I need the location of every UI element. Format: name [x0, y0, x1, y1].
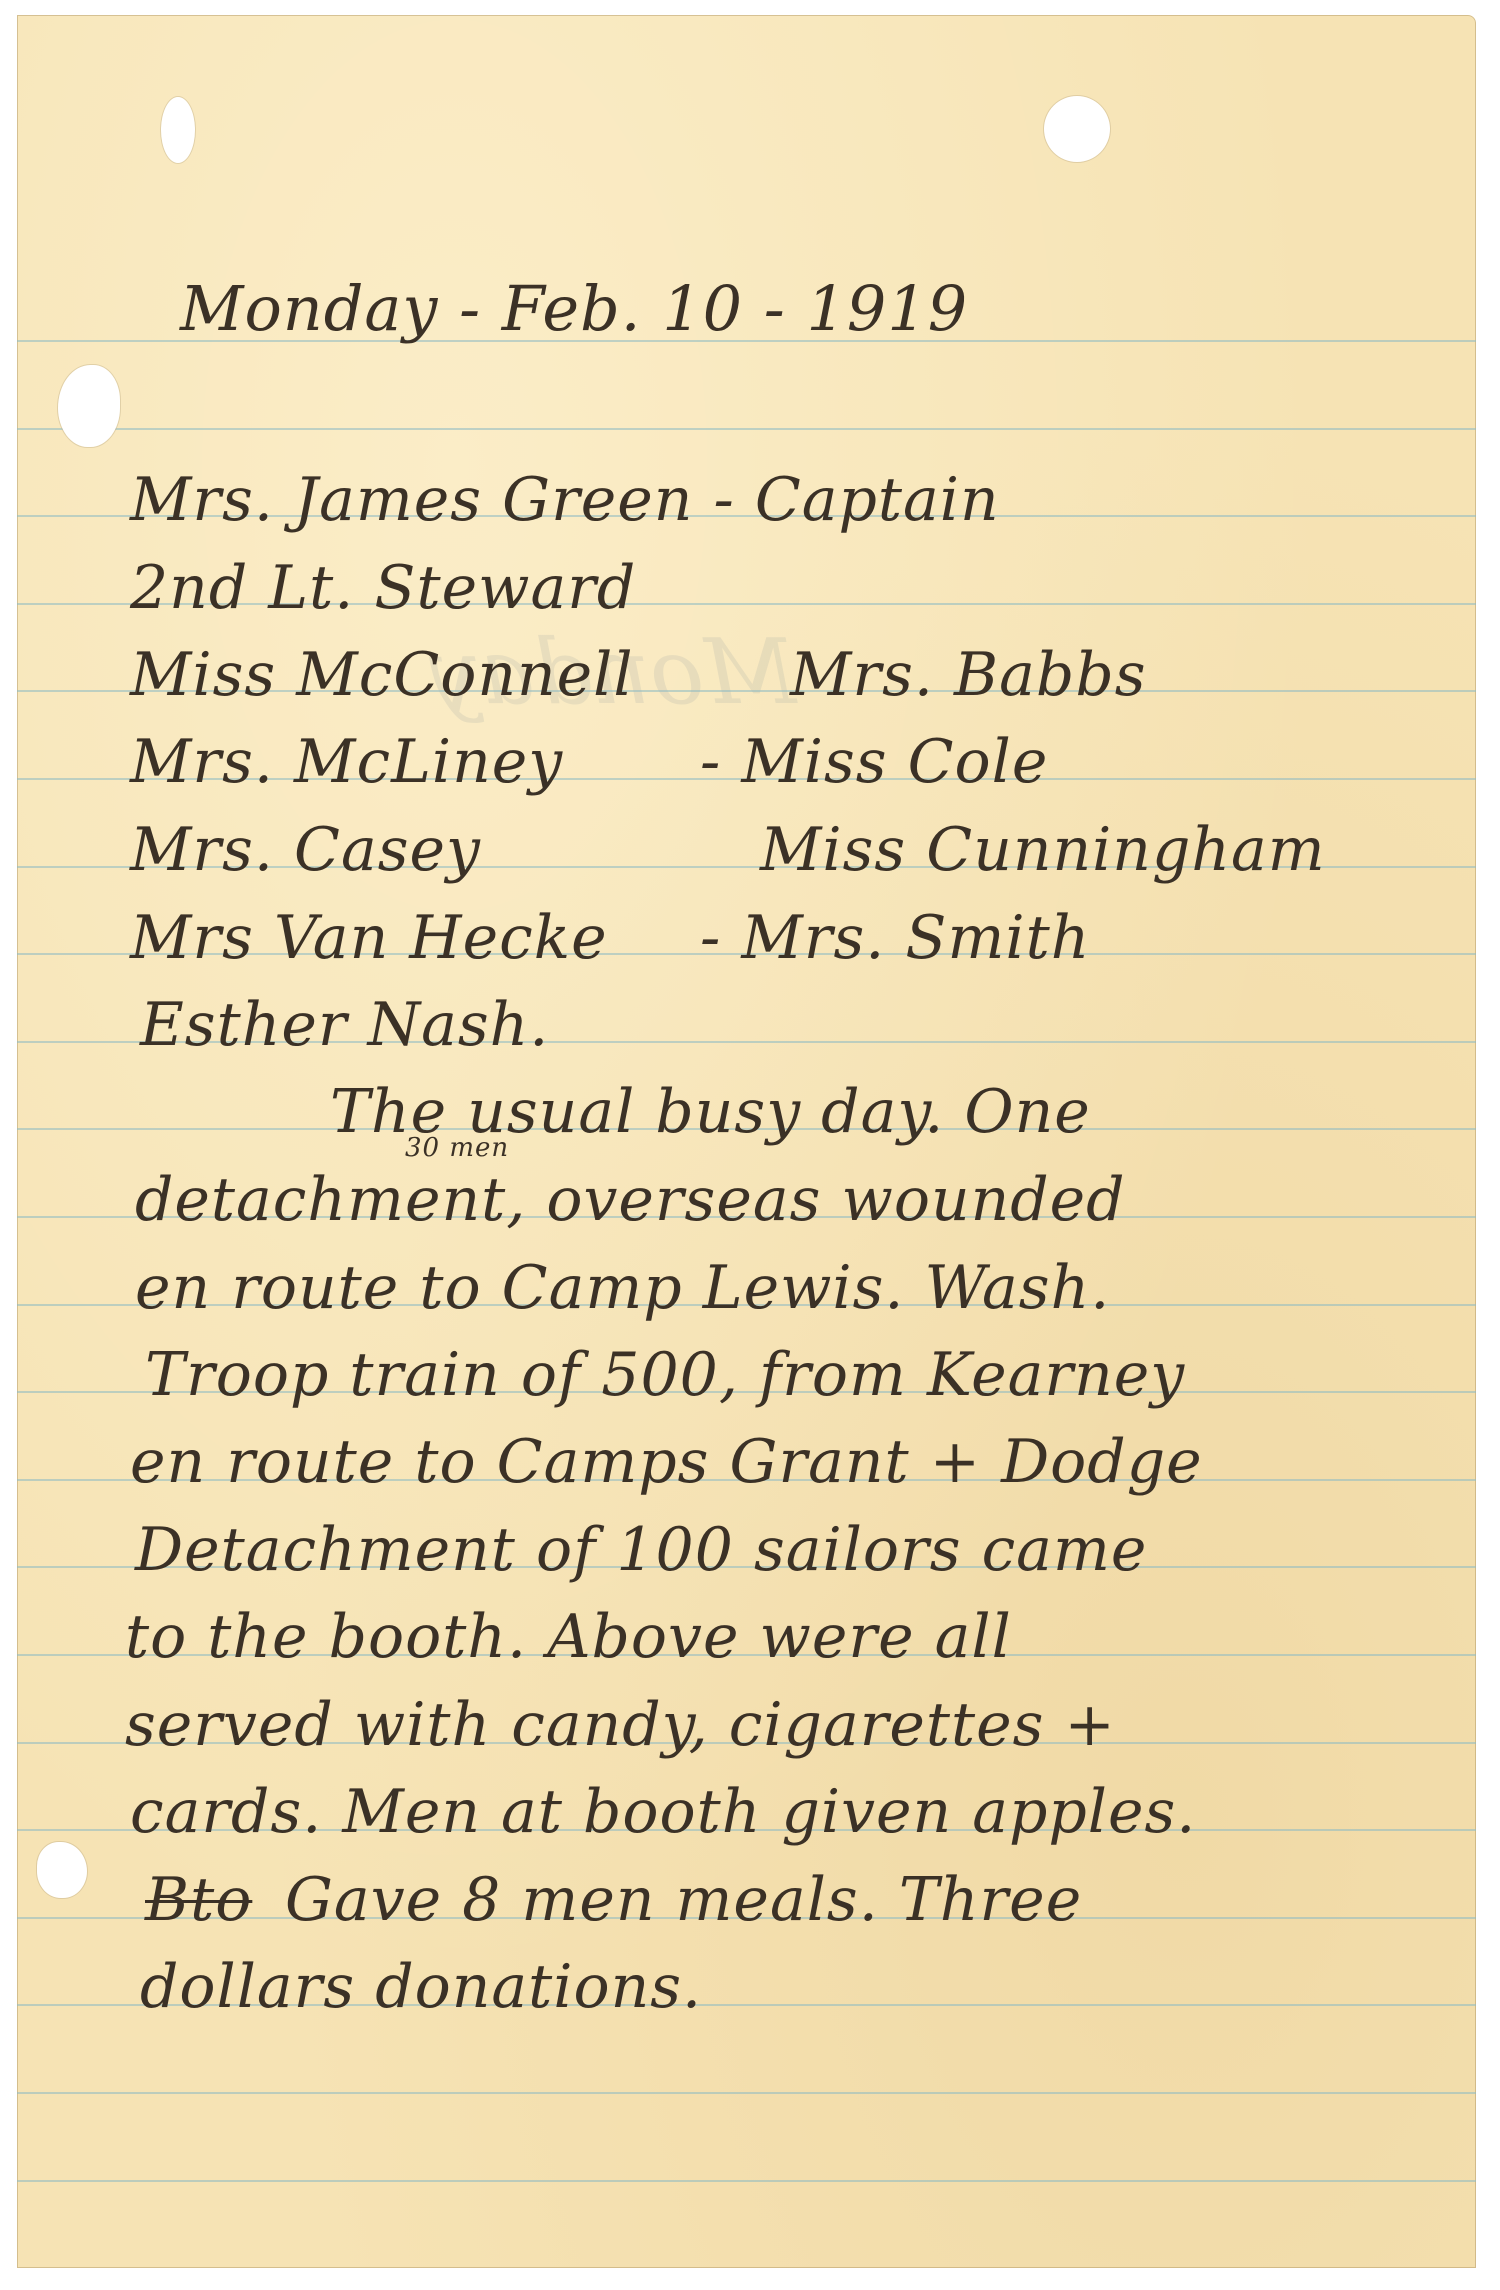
body-line: en route to Camp Lewis. Wash. — [135, 1258, 1110, 1318]
roster-line-right: Mrs. Babbs — [790, 645, 1147, 705]
body-line: served with candy, cigarettes + — [125, 1695, 1116, 1755]
date-heading: Monday - Feb. 10 - 1919 — [180, 278, 968, 340]
ruled-line — [17, 2092, 1476, 2094]
roster-line-right: Miss Cunningham — [760, 820, 1326, 880]
body-line: dollars donations. — [140, 1957, 702, 2017]
body-line: detachment, overseas wounded — [135, 1170, 1126, 1230]
punch-hole-left-lower — [37, 1842, 87, 1898]
roster-line-left: Miss McConnell — [130, 645, 634, 705]
roster-line-left: Mrs Van Hecke — [130, 908, 608, 968]
roster-line-right: - Miss Cole — [700, 732, 1048, 792]
ruled-line — [17, 2180, 1476, 2182]
punch-hole-left-upper — [58, 365, 120, 447]
roster-line: 2nd Lt. Steward — [130, 558, 636, 618]
body-line: cards. Men at booth given apples. — [130, 1782, 1196, 1842]
roster-line-left: Mrs. McLiney — [130, 732, 563, 792]
insertion-note: 30 men — [405, 1135, 509, 1161]
roster-line-left: Mrs. Casey — [130, 820, 481, 880]
body-line: Detachment of 100 sailors came — [135, 1520, 1147, 1580]
struck-word: Bto — [145, 1870, 252, 1930]
body-line: to the booth. Above were all — [125, 1607, 1012, 1667]
roster-line-right: - Mrs. Smith — [700, 908, 1090, 968]
body-line: en route to Camps Grant + Dodge — [130, 1432, 1203, 1492]
roster-line: Mrs. James Green - Captain — [130, 470, 1000, 530]
punch-hole-top-right — [1044, 96, 1110, 162]
roster-line: Esther Nash. — [140, 995, 549, 1055]
punch-hole-top-left — [161, 97, 195, 163]
ruled-line — [17, 428, 1476, 430]
body-line: Gave 8 men meals. Three — [285, 1870, 1082, 1930]
body-line: Troop train of 500, from Kearney — [145, 1345, 1185, 1405]
